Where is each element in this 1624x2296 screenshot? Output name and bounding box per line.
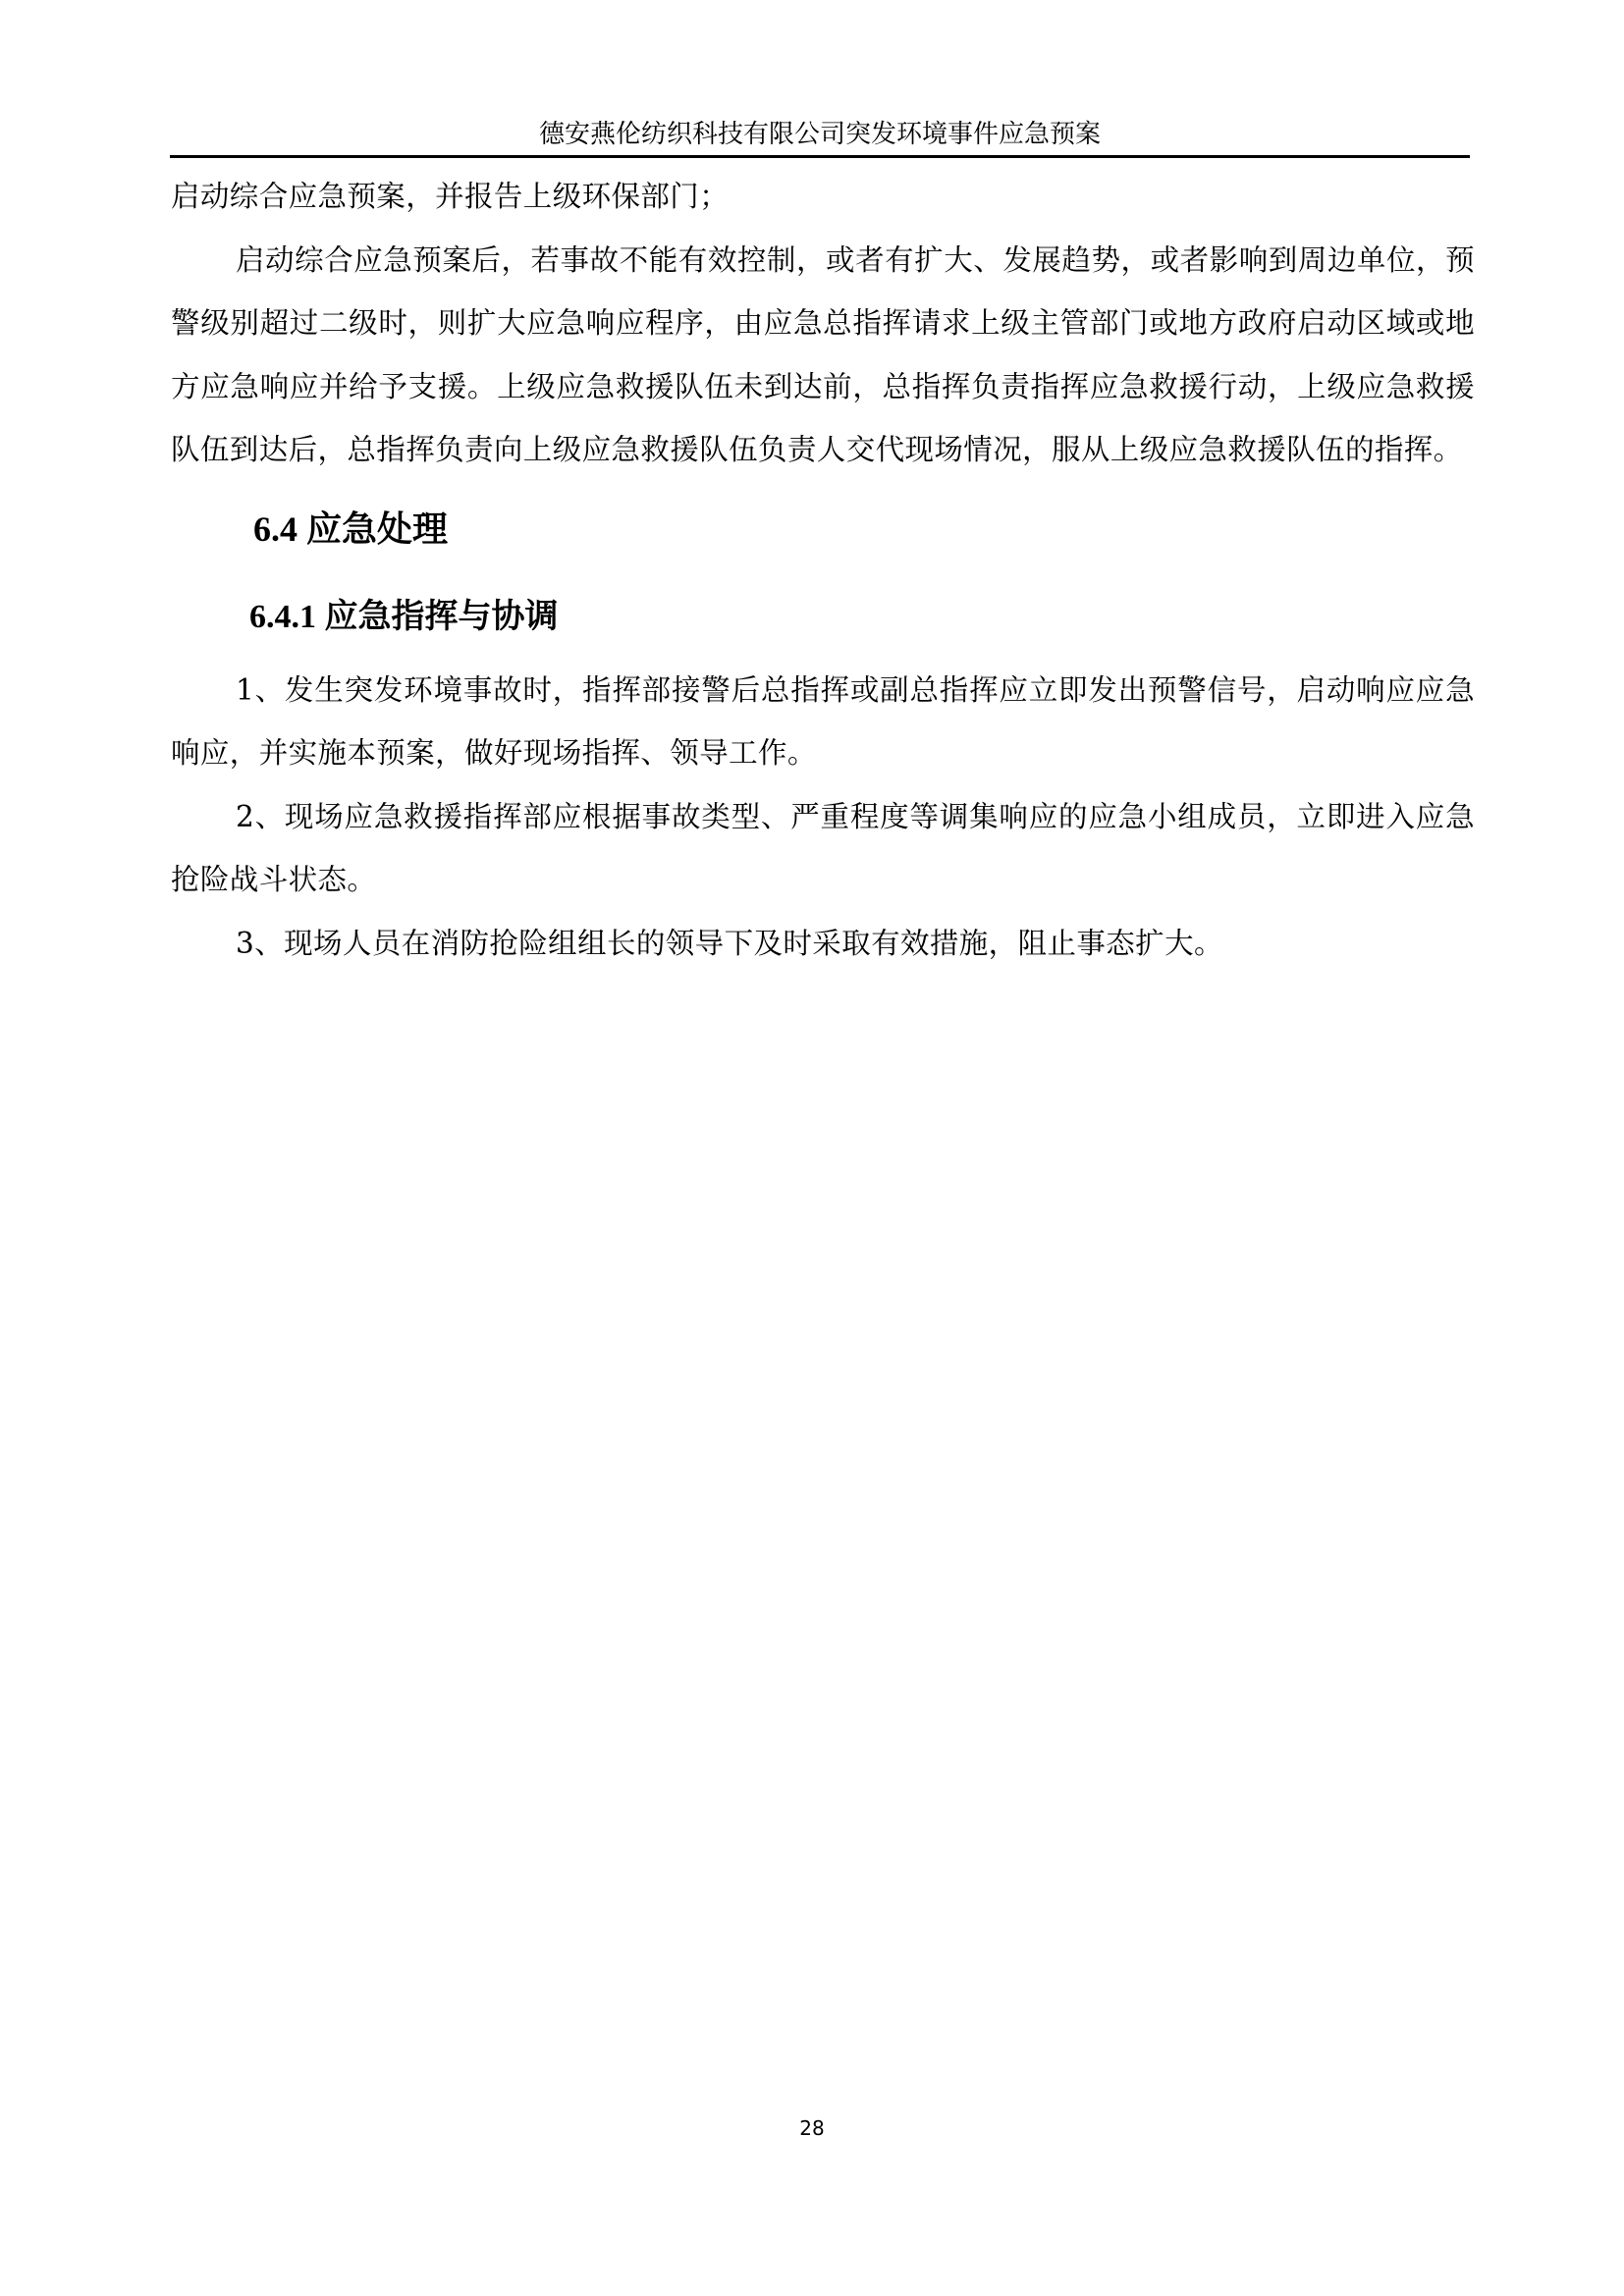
paragraph-continuation: 启动综合应急预案，并报告上级环保部门； <box>171 165 1475 229</box>
section-heading: 6.4 应急处理 <box>253 509 1475 568</box>
paragraph-escalation: 启动综合应急预案后，若事故不能有效控制，或者有扩大、发展趋势，或者影响到周边单位… <box>171 229 1475 482</box>
page-content: 启动综合应急预案，并报告上级环保部门； 启动综合应急预案后，若事故不能有效控制，… <box>171 165 1475 975</box>
page-number: 28 <box>0 2116 1624 2140</box>
page-header: 德安燕伦纺织科技有限公司突发环境事件应急预案 <box>170 110 1470 158</box>
document-title: 德安燕伦纺织科技有限公司突发环境事件应急预案 <box>170 120 1470 149</box>
list-item-1: 1、发生突发环境事故时，指挥部接警后总指挥或副总指挥应立即发出预警信号，启动响应… <box>171 659 1475 785</box>
list-item-3: 3、现场人员在消防抢险组组长的领导下及时采取有效措施，阻止事态扩大。 <box>171 912 1475 976</box>
subsection-heading: 6.4.1 应急指挥与协调 <box>249 598 1475 659</box>
list-item-2: 2、现场应急救援指挥部应根据事故类型、严重程度等调集响应的应急小组成员，立即进入… <box>171 785 1475 912</box>
